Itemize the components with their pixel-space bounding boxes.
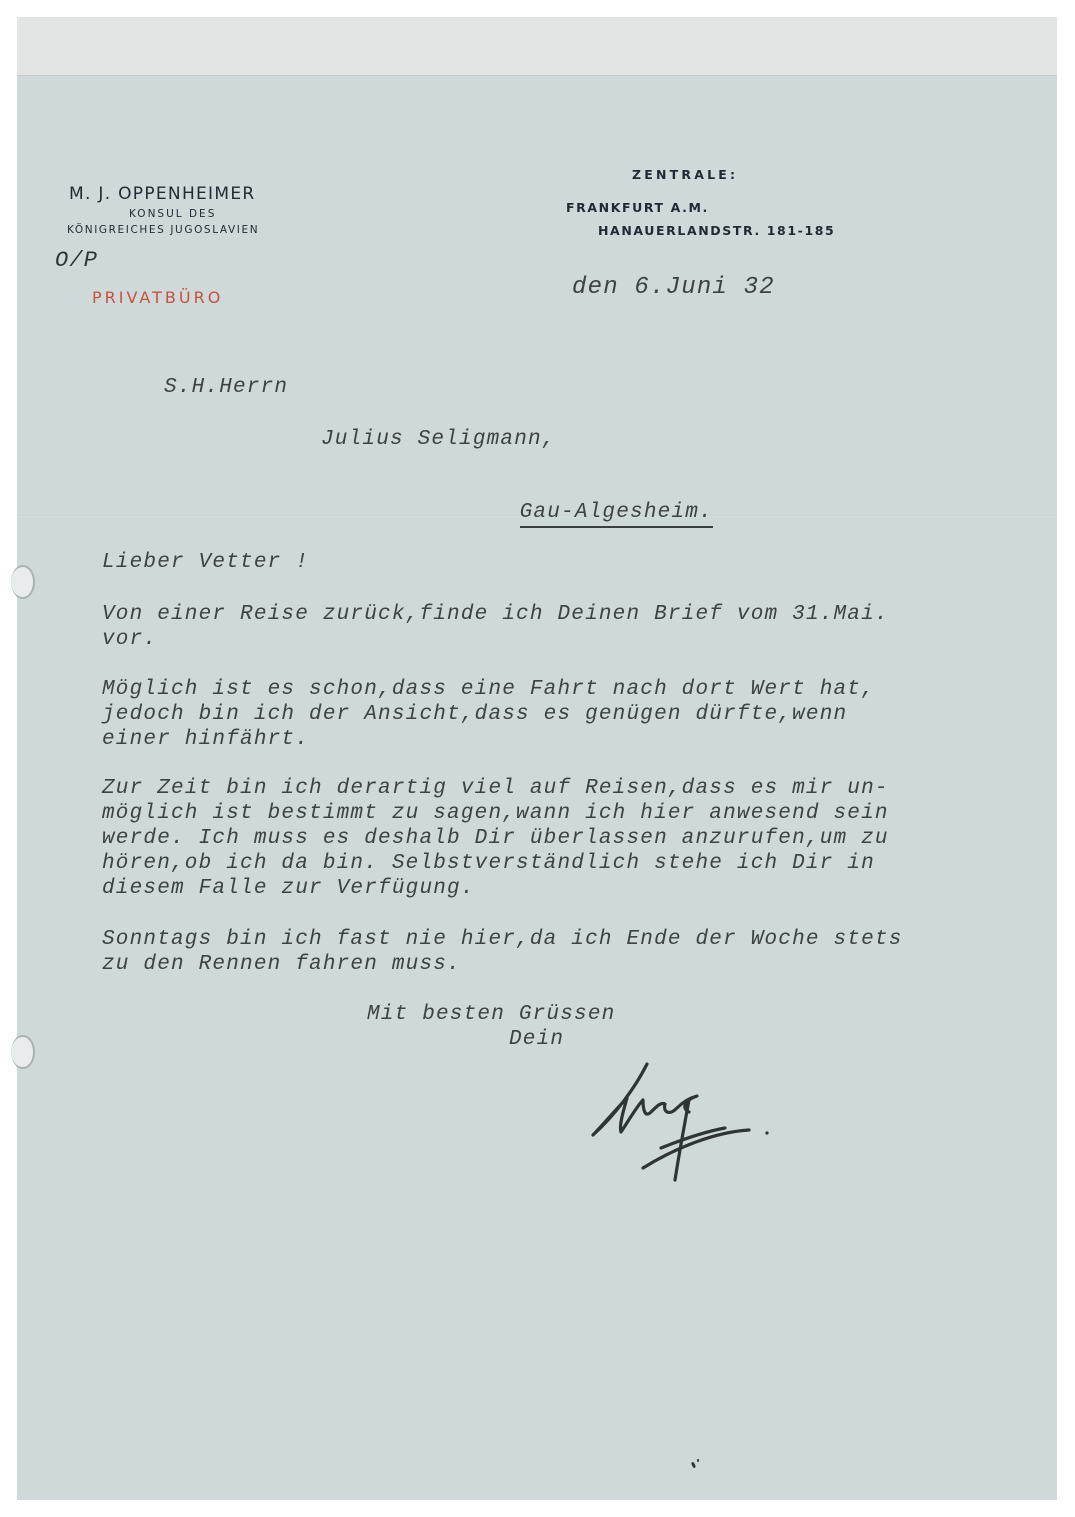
head-office-label: ZENTRALE:	[632, 167, 738, 182]
paragraph-2: Möglich ist es schon,dass eine Fahrt nac…	[102, 677, 1032, 752]
letterhead-name: M. J. OPPENHEIMER	[69, 184, 256, 204]
closing-line: Mit besten Grüssen	[367, 1003, 615, 1026]
reference-code: O/P	[55, 248, 98, 273]
recipient-name: Julius Seligmann,	[321, 428, 556, 451]
letterhead-department: PRIVATBÜRO	[92, 288, 223, 307]
recipient-place: Gau-Algesheim.	[492, 478, 713, 524]
letterhead-title-line1: KONSUL DES	[129, 208, 216, 220]
greeting: Lieber Vetter !	[102, 551, 309, 574]
head-office-city: FRANKFURT A.M.	[566, 200, 709, 215]
paragraph-1: Von einer Reise zurück,finde ich Deinen …	[102, 602, 1032, 652]
head-office-street: HANAUERLANDSTR. 181-185	[598, 223, 835, 238]
letter-date: den 6.Juni 32	[572, 274, 775, 301]
closing-dein: Dein	[509, 1028, 564, 1051]
paper-top-strip	[17, 17, 1057, 76]
recipient-place-text: Gau-Algesheim.	[520, 501, 713, 528]
punch-hole-icon	[11, 565, 35, 599]
handwritten-signature-icon	[585, 1060, 775, 1195]
paragraph-4: Sonntags bin ich fast nie hier,da ich En…	[102, 927, 1032, 977]
punch-hole-icon	[11, 1035, 35, 1069]
letterhead-title-line2: KÖNIGREICHES JUGOSLAVIEN	[67, 224, 259, 236]
recipient-salutation: S.H.Herrn	[164, 376, 288, 399]
paragraph-3: Zur Zeit bin ich derartig viel auf Reise…	[102, 776, 1032, 901]
letter-page	[17, 17, 1057, 1500]
ink-speck	[697, 1459, 699, 1462]
